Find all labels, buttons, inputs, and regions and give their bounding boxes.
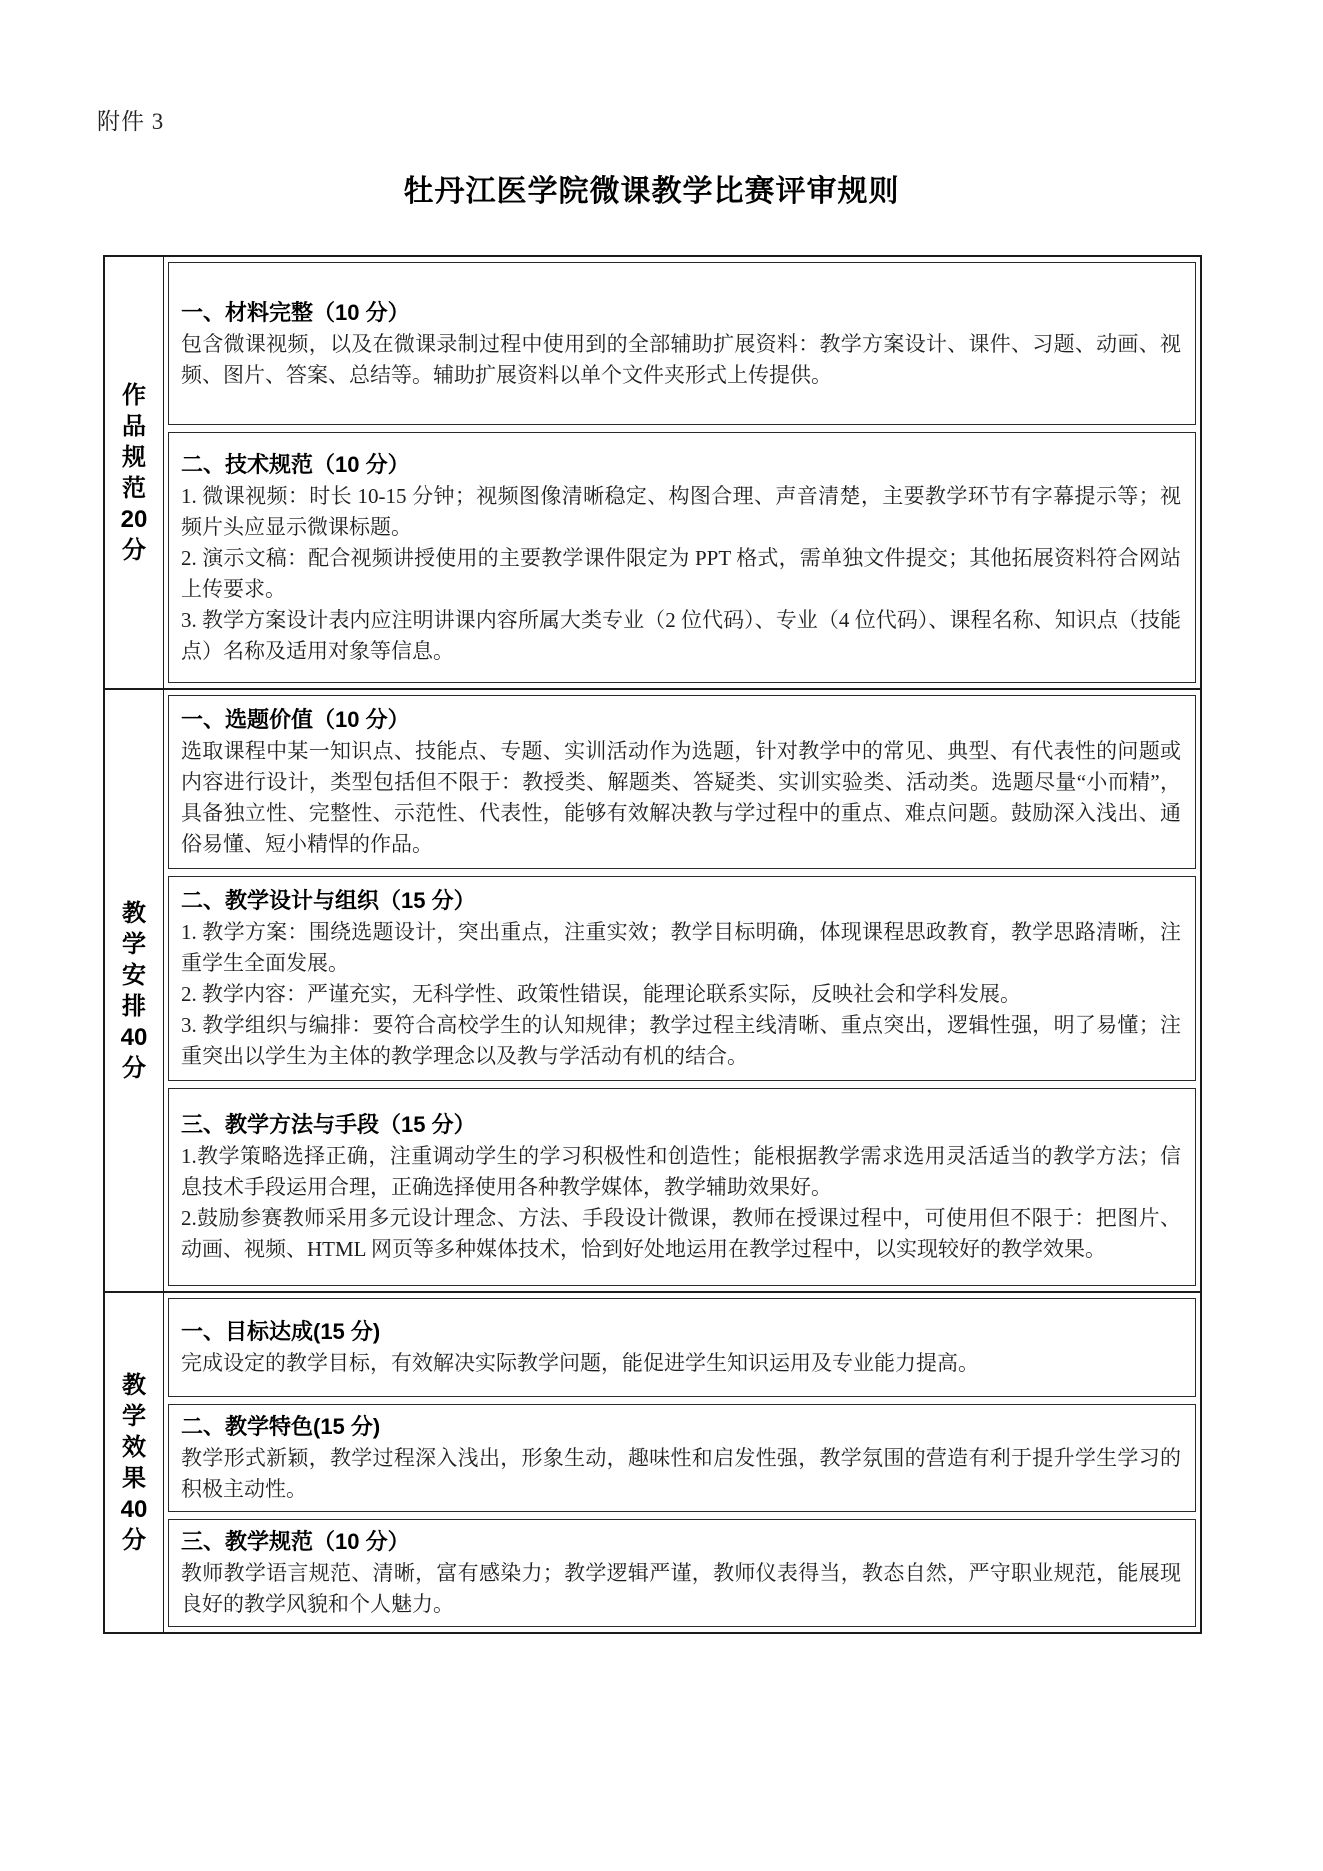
criterion-paragraph: 2.鼓励参赛教师采用多元设计理念、方法、手段设计微课，教师在授课过程中，可使用但… <box>181 1203 1181 1265</box>
criterion-paragraph: 包含微课视频，以及在微课录制过程中使用到的全部辅助扩展资料：教学方案设计、课件、… <box>181 329 1181 391</box>
rubric-table: 作 品 规 范 20 分 一、材料完整（10 分） 包含微课视频，以及在微课录制… <box>103 255 1202 1634</box>
criterion-heading: 一、目标达成(15 分) <box>181 1316 1181 1348</box>
criterion-paragraph: 2. 演示文稿：配合视频讲授使用的主要教学课件限定为 PPT 格式，需单独文件提… <box>181 543 1181 605</box>
criterion-paragraph: 教学形式新颖，教学过程深入浅出，形象生动，趣味性和启发性强，教学氛围的营造有利于… <box>181 1443 1181 1505</box>
criterion-heading: 二、教学设计与组织（15 分） <box>181 885 1181 917</box>
criteria-column: 一、材料完整（10 分） 包含微课视频，以及在微课录制过程中使用到的全部辅助扩展… <box>164 257 1200 688</box>
category-label: 作 品 规 范 20 分 <box>121 380 148 566</box>
category-label-cell: 教 学 安 排 40 分 <box>105 690 164 1291</box>
criterion-box-material-completeness: 一、材料完整（10 分） 包含微课视频，以及在微课录制过程中使用到的全部辅助扩展… <box>168 262 1196 425</box>
criterion-box-technical-standards: 二、技术规范（10 分） 1. 微课视频：时长 10-15 分钟；视频图像清晰稳… <box>168 432 1196 683</box>
page-title: 牡丹江医学院微课教学比赛评审规则 <box>103 166 1200 210</box>
criterion-heading: 一、材料完整（10 分） <box>181 297 1181 329</box>
criterion-heading: 一、选题价值（10 分） <box>181 704 1181 736</box>
criterion-paragraph: 3. 教学方案设计表内应注明讲课内容所属大类专业（2 位代码）、专业（4 位代码… <box>181 605 1181 667</box>
attachment-label: 附件 3 <box>97 103 164 136</box>
criterion-paragraph: 完成设定的教学目标，有效解决实际教学问题，能促进学生知识运用及专业能力提高。 <box>181 1348 1181 1379</box>
criterion-paragraph: 教师教学语言规范、清晰，富有感染力；教学逻辑严谨，教师仪表得当，教态自然，严守职… <box>181 1558 1181 1620</box>
criteria-column: 一、选题价值（10 分） 选取课程中某一知识点、技能点、专题、实训活动作为选题，… <box>164 690 1200 1291</box>
criterion-paragraph: 1. 教学方案：围绕选题设计，突出重点，注重实效；教学目标明确，体现课程思政教育… <box>181 917 1181 979</box>
criterion-paragraph: 选取课程中某一知识点、技能点、专题、实训活动作为选题，针对教学中的常见、典型、有… <box>181 736 1181 860</box>
criterion-paragraph: 1. 微课视频：时长 10-15 分钟；视频图像清晰稳定、构图合理、声音清楚，主… <box>181 481 1181 543</box>
criterion-paragraph: 2. 教学内容：严谨充实，无科学性、政策性错误，能理论联系实际，反映社会和学科发… <box>181 979 1181 1010</box>
criterion-box-teaching-norms: 三、教学规范（10 分） 教师教学语言规范、清晰，富有感染力；教学逻辑严谨，教师… <box>168 1519 1196 1627</box>
table-row-group-teaching-arrangement: 教 学 安 排 40 分 一、选题价值（10 分） 选取课程中某一知识点、技能点… <box>105 688 1200 1291</box>
category-label: 教 学 安 排 40 分 <box>121 898 148 1084</box>
criterion-heading: 二、教学特色(15 分) <box>181 1411 1181 1443</box>
table-row-group-work-standards: 作 品 规 范 20 分 一、材料完整（10 分） 包含微课视频，以及在微课录制… <box>105 257 1200 688</box>
criterion-box-design-organization: 二、教学设计与组织（15 分） 1. 教学方案：围绕选题设计，突出重点，注重实效… <box>168 876 1196 1081</box>
criterion-paragraph: 3. 教学组织与编排：要符合高校学生的认知规律；教学过程主线清晰、重点突出，逻辑… <box>181 1010 1181 1072</box>
table-row-group-teaching-effect: 教 学 效 果 40 分 一、目标达成(15 分) 完成设定的教学目标，有效解决… <box>105 1291 1200 1632</box>
category-label-cell: 教 学 效 果 40 分 <box>105 1293 164 1632</box>
criterion-box-teaching-features: 二、教学特色(15 分) 教学形式新颖，教学过程深入浅出，形象生动，趣味性和启发… <box>168 1404 1196 1512</box>
criterion-box-methods-means: 三、教学方法与手段（15 分） 1.教学策略选择正确，注重调动学生的学习积极性和… <box>168 1088 1196 1286</box>
criterion-heading: 二、技术规范（10 分） <box>181 449 1181 481</box>
document-page: 附件 3 牡丹江医学院微课教学比赛评审规则 作 品 规 范 20 分 一、材料完… <box>0 0 1323 1871</box>
criterion-box-goal-achievement: 一、目标达成(15 分) 完成设定的教学目标，有效解决实际教学问题，能促进学生知… <box>168 1298 1196 1397</box>
criterion-heading: 三、教学规范（10 分） <box>181 1526 1181 1558</box>
criterion-box-topic-value: 一、选题价值（10 分） 选取课程中某一知识点、技能点、专题、实训活动作为选题，… <box>168 695 1196 869</box>
criterion-paragraph: 1.教学策略选择正确，注重调动学生的学习积极性和创造性；能根据教学需求选用灵活适… <box>181 1141 1181 1203</box>
category-label: 教 学 效 果 40 分 <box>121 1370 148 1556</box>
criterion-heading: 三、教学方法与手段（15 分） <box>181 1109 1181 1141</box>
category-label-cell: 作 品 规 范 20 分 <box>105 257 164 688</box>
criteria-column: 一、目标达成(15 分) 完成设定的教学目标，有效解决实际教学问题，能促进学生知… <box>164 1293 1200 1632</box>
